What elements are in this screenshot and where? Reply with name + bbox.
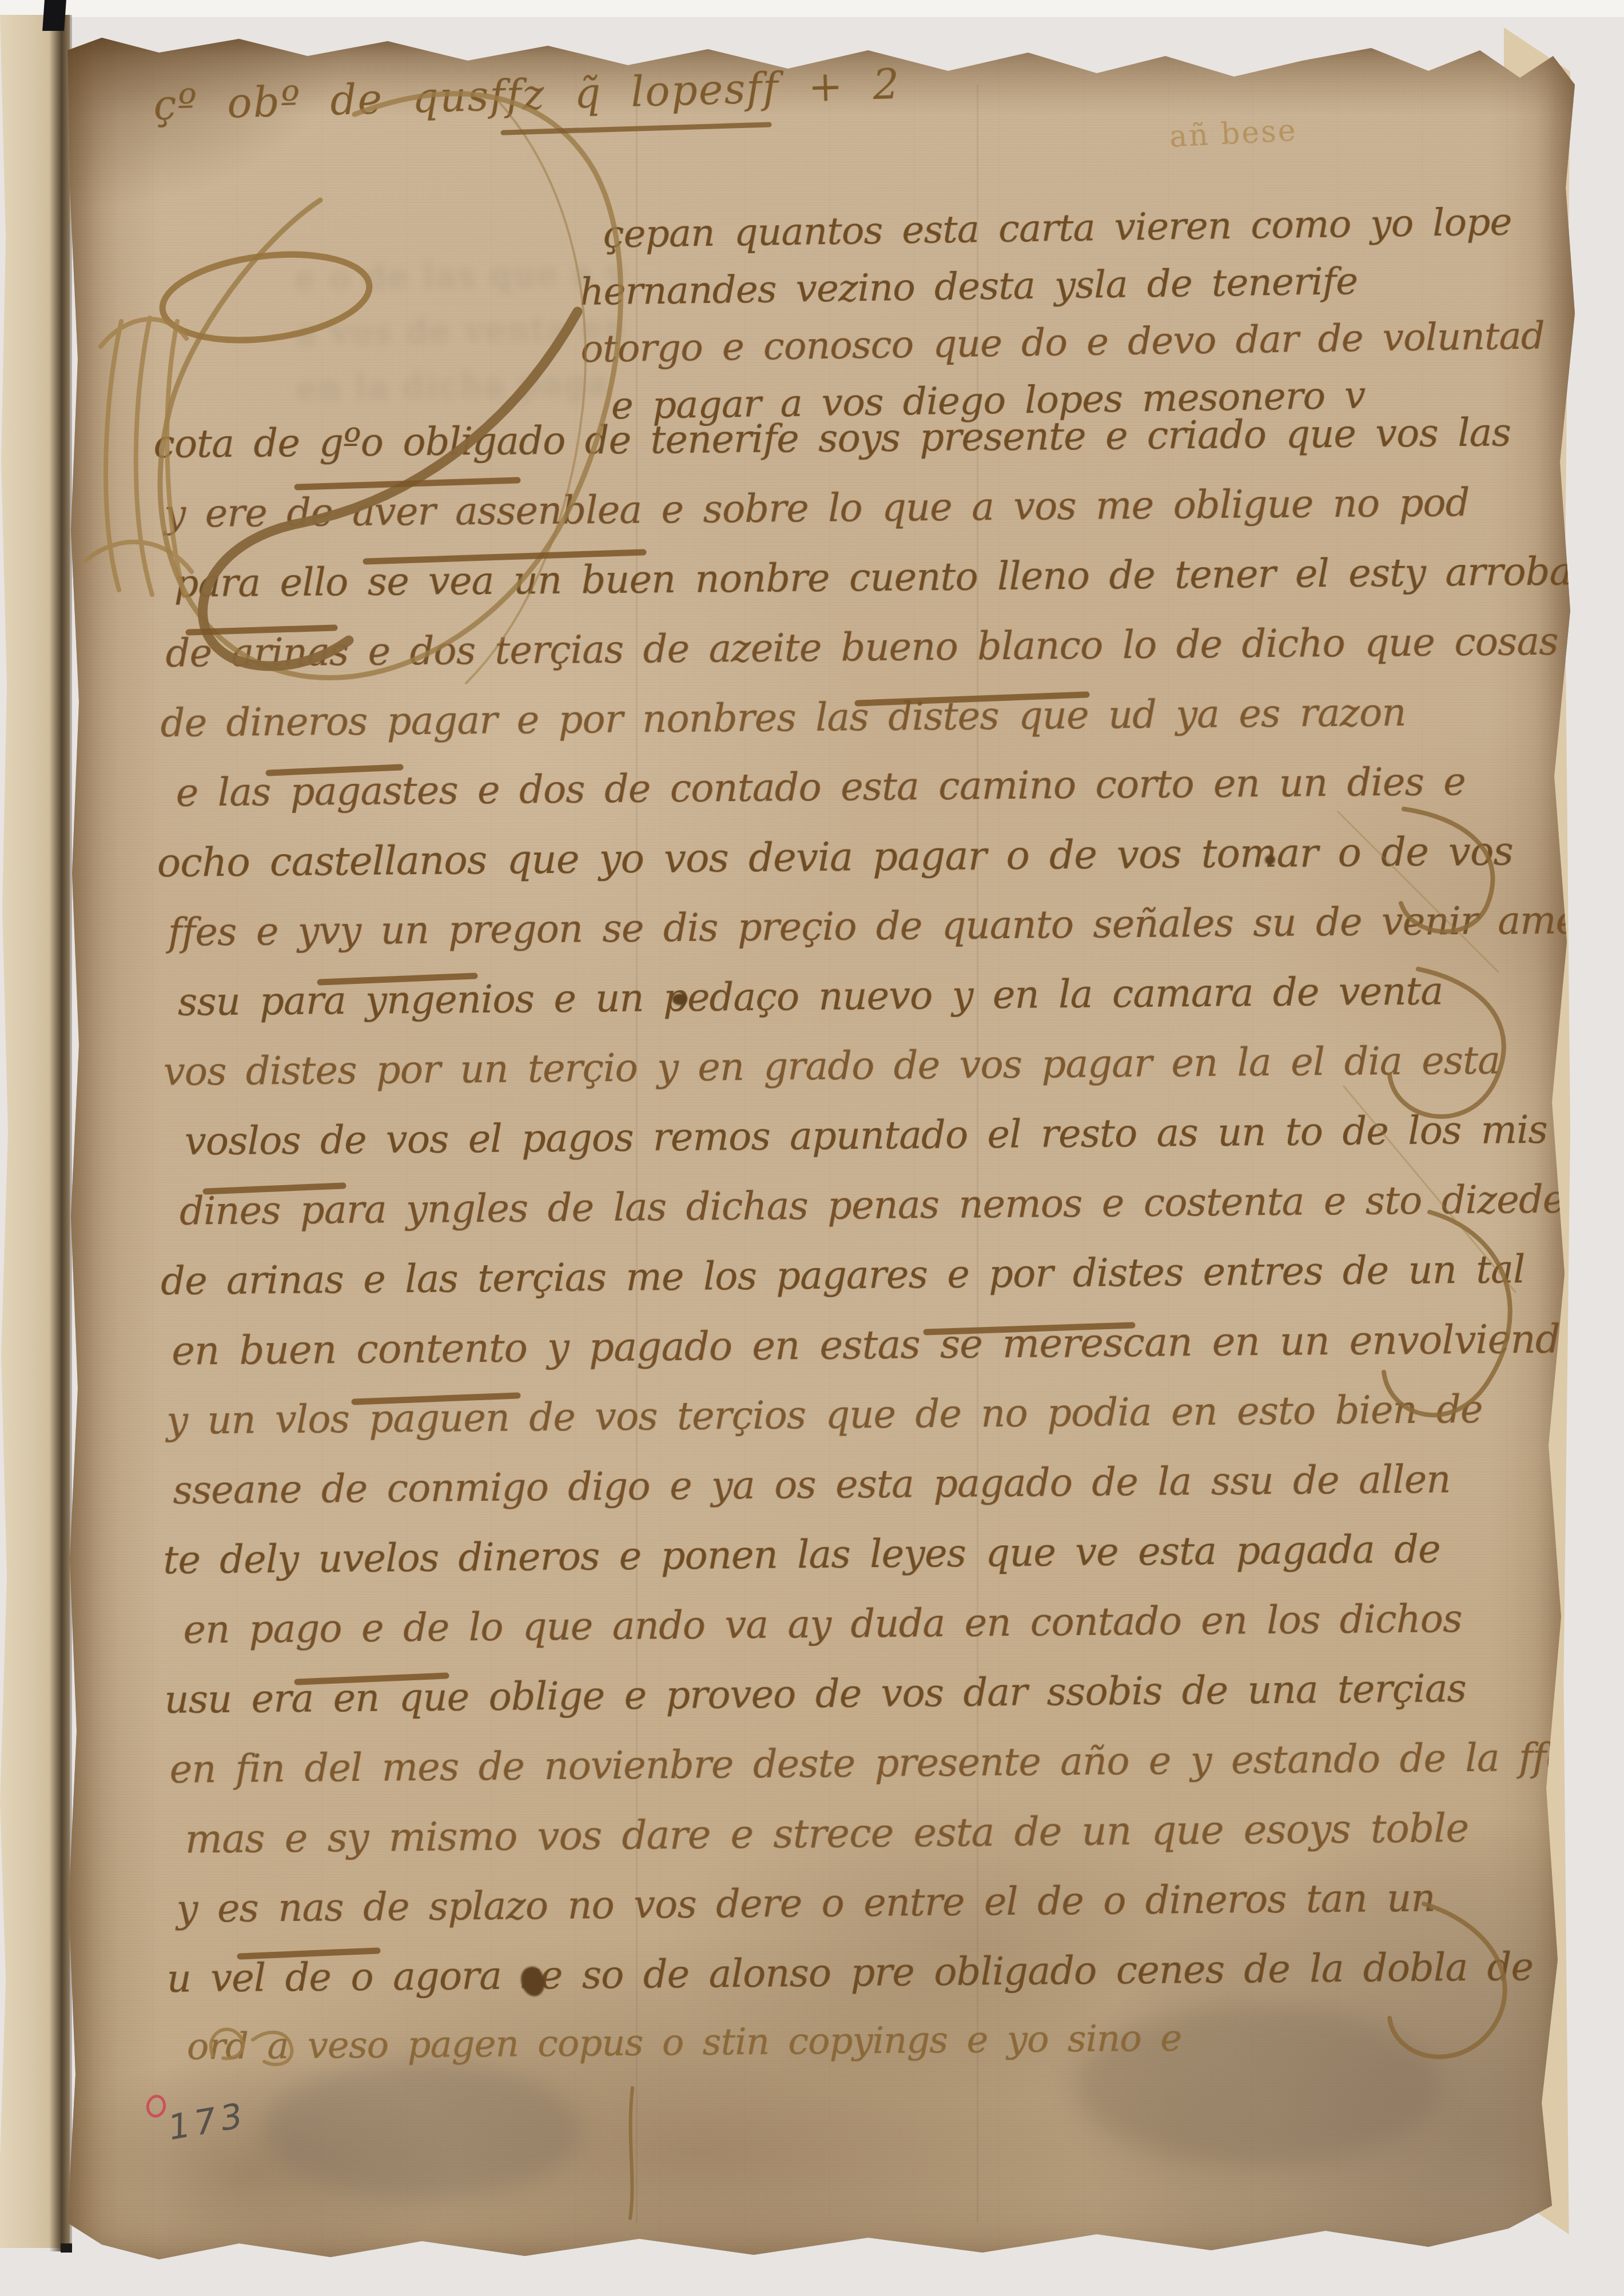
- manuscript-line: y es nas de splazo no vos dere o entre e…: [176, 1874, 1602, 1956]
- manuscript-line: de arinas e dos terçias de azeite bueno …: [165, 619, 1591, 701]
- body-paragraph: cota de gºo obligado de tenerife soys pr…: [153, 409, 1604, 2096]
- manuscript-line: voslos de vos el pagos remos apuntado el…: [185, 1107, 1596, 1189]
- manuscript-line: e las pagastes e dos de contado esta cam…: [176, 758, 1593, 840]
- manuscript-scan: e o de las que a v a vos de venta en en …: [0, 0, 1624, 2296]
- manuscript-line: para ello se vea un buen nonbre cuento l…: [174, 549, 1591, 631]
- manuscript-line: dines para yngles de las dichas penas ne…: [180, 1177, 1597, 1259]
- manuscript-line: te dely uvelos dineros e ponen las leyes…: [163, 1525, 1599, 1608]
- manuscript-line: en fin del mes de novienbre deste presen…: [169, 1735, 1601, 1817]
- manuscript-line: de dineros pagar e por nonbres las diste…: [160, 688, 1592, 771]
- manuscript-line: en pago e de lo que ando va ay duda en c…: [183, 1595, 1600, 1677]
- manuscript-line: vos distes por un terçio y en grado de v…: [164, 1037, 1595, 1119]
- gutter-shadow: [49, 15, 72, 2251]
- manuscript-line: ocho castellanos que yo vos devia pagar …: [157, 828, 1593, 910]
- manuscript-page: e o de las que a v a vos de venta en en …: [67, 16, 1575, 2264]
- manuscript-line: ssu para yngenios e un pedaço nuevo y en…: [178, 967, 1595, 1050]
- manuscript-line: en buen contento y pagado en estas se me…: [172, 1316, 1598, 1398]
- folio-number: 173: [165, 2095, 250, 2148]
- showthrough-line: e o de las que a v: [295, 253, 629, 314]
- header-docket: çº obº de qusffz q̃ lopesff + 2: [153, 61, 901, 129]
- manuscript-line: sseane de conmigo digo e ya os esta paga…: [173, 1456, 1599, 1538]
- red-ring-mark: [144, 2093, 168, 2119]
- manuscript-line: u vel de o agora se so de alonso pre obl…: [166, 1944, 1603, 2026]
- manuscript-line: usu era en que oblige e proveo de vos da…: [164, 1665, 1601, 1747]
- archivist-corner-note: añ bese: [1169, 113, 1298, 154]
- manuscript-line: y ere de aver assenblea e sobre lo que a…: [164, 479, 1590, 561]
- manuscript-line: mas e sy mismo vos dare e strece esta de…: [185, 1804, 1602, 1887]
- scanner-top-strip: [0, 0, 1624, 17]
- opening-paragraph: çepan quantos esta carta vieren como yo …: [579, 199, 1546, 441]
- manuscript-line: y un vlos paguen de vos terçios que de n…: [166, 1386, 1598, 1468]
- binding-clip: [42, 0, 66, 31]
- manuscript-line: ord a veso pagen copus o stin copyings e…: [186, 2014, 1603, 2096]
- manuscript-line: de arinas e las terçias me los pagares e…: [161, 1246, 1597, 1329]
- manuscript-line: ffes e yvy un pregon se dis preçio de qu…: [168, 898, 1594, 980]
- binding-clip-bottom: [61, 2243, 72, 2253]
- manuscript-line: cota de gºo obligado de tenerife soys pr…: [153, 409, 1590, 492]
